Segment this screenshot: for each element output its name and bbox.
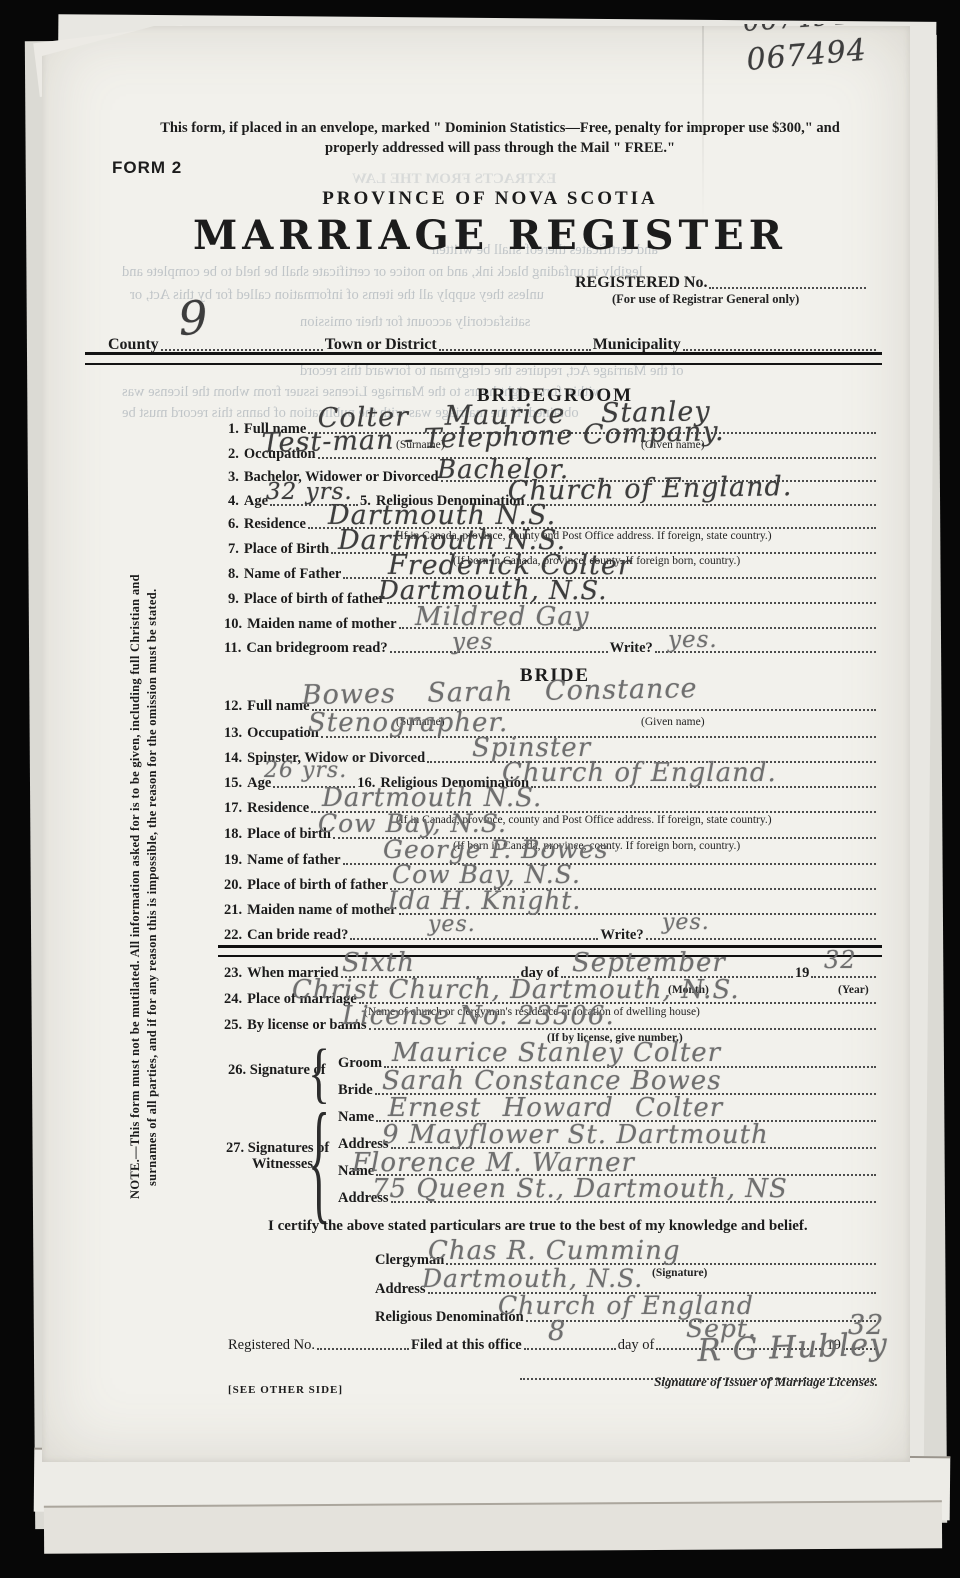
dotted-line [524,1344,616,1350]
margin-note: NOTE.—This form must not be mutilated. A… [127,552,161,1222]
row-number: 3. [228,470,239,485]
filed-at-office-label: Filed at this office [411,1338,522,1353]
double-rule [85,352,882,365]
witnesses-label-line2: Witnesses [252,1156,313,1173]
hw-br-father-birthplace: Cow Bay, N.S. [392,862,581,887]
dotted-line [683,345,876,351]
county-town-municipality-row: County Town or District Municipality [108,333,878,353]
mailing-notice-line1: This form, if placed in an envelope, mar… [150,120,850,137]
hw-bride-signature: Sarah Constance Bowes [382,1068,722,1094]
brace-glyph: { [308,1094,330,1230]
row-number: 6. [228,517,239,532]
hw-br-full-name: Bowes Sarah Constance [302,675,698,709]
day-of-label: day of [618,1338,655,1353]
certify-statement: I certify the above stated particulars a… [268,1218,808,1235]
field-label: Maiden name of mother [247,617,396,632]
row-number: 14. [224,751,242,766]
row-number: 11. [224,641,241,656]
row-number: 9. [228,592,239,607]
row-number: 12. [224,699,242,714]
hw-bg-can-read: yes [452,631,493,654]
form-number-label: FORM 2 [112,158,182,178]
groom-label: Groom [338,1056,382,1071]
hw-br-can-write: yes. [662,912,710,934]
bleedthrough-text: legibly in unfading black ink, and no no… [122,265,643,280]
hw-bg-father-name: Frederick Colter [388,552,632,579]
margin-note-line2: surnames of all parties, and if for any … [144,552,161,1222]
bride-label: Bride [338,1083,373,1098]
dotted-line [390,647,608,653]
field-label: Age [244,494,268,509]
bleedthrough-text: satisfactorily account for their omissio… [300,315,530,330]
row-number: 15. [224,776,242,791]
row-number: 19. [224,853,242,868]
hw-witness2-address: 75 Queen St., Dartmouth, NS [372,1176,788,1202]
hw-bg-mother-maiden: Mildred Gay [415,604,590,630]
province-heading: PROVINCE OF NOVA SCOTIA [140,188,840,210]
dotted-line [161,345,323,351]
hw-bg-can-write: yes. [668,629,718,652]
hw-witness1-name: Ernest Howard Colter [388,1095,723,1121]
hw-marriage-year: 32 [824,948,857,972]
field-label: Can bridegroom read? [246,641,387,656]
field-bg-can-read-write: 11.Can bridegroom read? Write? [224,635,878,655]
hw-br-mother-maiden: Ida H. Knight. [388,888,581,913]
paper-bottom-sheet [44,1500,942,1553]
write-label: Write? [610,641,653,656]
dotted-line [439,345,591,351]
field-label: Place of Birth [244,542,329,557]
hw-witness2-name: Florence M. Warner [352,1150,635,1176]
row-number: 17. [224,801,242,816]
row-number: 2. [228,447,239,462]
hw-br-residence: Dartmouth N.S. [322,785,542,811]
registered-no-bottom-label: Registered No. [228,1338,315,1353]
registrar-only-caption: (For use of Registrar General only) [612,293,799,306]
row-number: 25. [224,1018,242,1033]
year-prefix: 19 [795,966,810,981]
row-number: 10. [224,617,242,632]
municipality-label: Municipality [593,337,681,353]
field-label: Place of birth of father [244,592,385,607]
hw-witness1-address: 9 Mayflower St. Dartmouth [382,1122,769,1148]
hw-marriage-month: September [572,950,726,976]
row-number: 27. [226,1140,244,1156]
issuer-signature-caption: Signature of Issuer of Marriage Licenses… [520,1374,878,1390]
hw-br-can-read: yes. [428,914,476,936]
hw-place-of-marriage: Christ Church, Dartmouth, N.S. [292,977,740,1003]
row-number: 13. [224,726,242,741]
row-number: 22. [224,928,242,943]
bleedthrough-text: of the Marriage Act, requires the clergy… [300,364,683,379]
address-label: Address [375,1282,426,1297]
county-label: County [108,337,159,353]
dotted-line [317,1344,409,1350]
margin-note-line1: NOTE.—This form must not be mutilated. A… [127,552,144,1222]
row-number: 24. [224,992,242,1007]
row-number: 21. [224,903,242,918]
town-district-label: Town or District [325,337,437,353]
hw-groom-signature: Maurice Stanley Colter [392,1040,721,1066]
hw-issuer-signature: R G Hubley [697,1329,888,1367]
see-other-side-label: [SEE OTHER SIDE] [228,1384,343,1396]
field-label: Residence [247,801,309,816]
row-number: 1. [228,422,239,437]
row-number: 8. [228,567,239,582]
hw-marriage-day: Sixth [342,950,415,976]
hw-clergyman-signature: Chas R. Cumming [428,1238,681,1264]
field-label: Full name [247,699,309,714]
write-label: Write? [600,928,643,943]
hw-br-age: 26 yrs. [264,760,347,782]
page-title: MARRIAGE REGISTER [140,212,840,259]
hw-br-religion: Church of England. [502,760,777,786]
name-label: Name [338,1110,374,1125]
bleedthrough-text: EXTRACTS FROM THE LAW [352,172,556,187]
registered-no-label: REGISTERED No. [575,275,707,291]
field-label: Residence [244,517,306,532]
hw-bg-father-birthplace: Dartmouth, N.S. [378,578,608,604]
row-number: 18. [224,827,242,842]
row-number: 4. [228,494,239,509]
hw-br-birthplace: Cow Bay, N.S. [318,811,507,836]
mailing-notice-line2: properly addressed will pass through the… [150,140,850,157]
field-label: Name of Father [244,567,341,582]
row-number: 20. [224,878,242,893]
field-label: Can bride read? [247,928,348,943]
hw-filed-day: 8 [548,1318,566,1345]
double-rule [218,945,882,957]
hw-br-father-name: George P. Bowes [383,837,609,862]
row-number: 7. [228,542,239,557]
field-label: Place of birth of father [247,878,388,893]
registered-no-field: REGISTERED No. [575,271,868,291]
field-br-can-read-write: 22.Can bride read? Write? [224,922,878,942]
hw-clergyman-address: Dartmouth, N.S. [422,1266,643,1291]
field-label: Name of father [247,853,340,868]
dotted-line [709,283,866,289]
hw-license-number: License No. 23506. [342,1003,615,1029]
field-label: Maiden name of mother [247,903,396,918]
scanned-marriage-register-page: EXTRACTS FROM THE LAW and certificates t… [0,0,960,1578]
row-number: 26. [228,1062,246,1078]
row-number: 23. [224,966,242,981]
